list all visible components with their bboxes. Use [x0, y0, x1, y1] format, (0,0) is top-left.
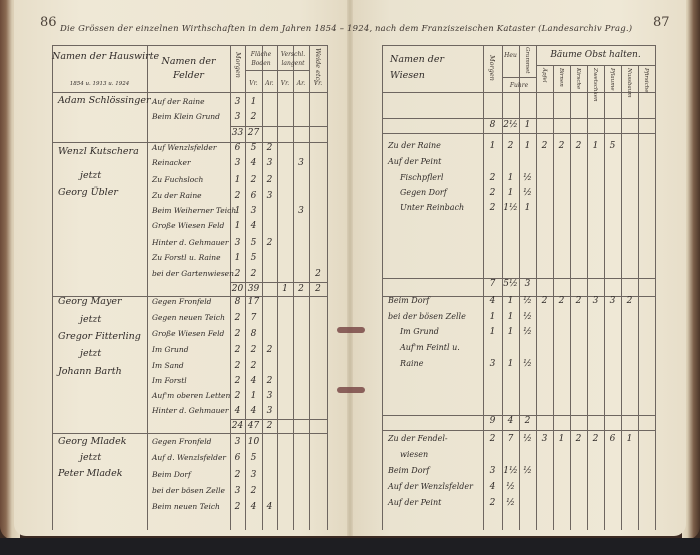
meadow-value: 2 — [502, 141, 519, 151]
field-value: 6 — [245, 191, 262, 201]
field-value: 3 — [230, 437, 245, 447]
meadow-value: 3 — [587, 296, 604, 306]
field-name: Auf'm oberen Letten — [152, 391, 230, 400]
owner-name: Gregor Fitterling — [58, 331, 141, 342]
meadow-name: Auf'm Feintl u. — [400, 343, 460, 352]
meadow-value: 2 — [570, 141, 587, 151]
tree-type-header: Pflaume — [609, 68, 615, 91]
owner-name: Adam Schlössinger — [58, 95, 151, 106]
subtotal-value: 7 — [483, 279, 502, 289]
field-name: Zu Fuchsloch — [152, 175, 203, 184]
field-value: 4 — [245, 502, 262, 512]
subtotal-value: 27 — [245, 128, 262, 138]
field-value: 2 — [230, 391, 245, 401]
verschl-ar-header: Ar. — [293, 80, 309, 87]
meadow-name: Im Grund — [400, 327, 439, 336]
meadows-column-header: Namen der Wiesen — [390, 52, 475, 84]
field-name: Hinter d. Gehmauer — [152, 406, 228, 415]
fuhre-subheader: Fuhre — [502, 82, 536, 89]
subtotal-value: 1 — [277, 284, 293, 294]
meadow-name: Beim Dorf — [388, 296, 429, 305]
verschl-group-header: Verschl. langent — [277, 50, 309, 68]
field-value: 3 — [230, 486, 245, 496]
area-vr-header: Vr. — [245, 80, 262, 87]
binding-stitch — [337, 387, 365, 393]
meadow-value: ½ — [519, 188, 536, 198]
group-separator-rule — [382, 430, 655, 431]
field-value: 3 — [262, 191, 277, 201]
field-value: 3 — [230, 238, 245, 248]
area-group-header: Fläche Boden — [245, 50, 277, 68]
area-ar-header: Ar. — [262, 80, 277, 87]
header-bottom-rule — [52, 92, 327, 93]
field-value: 1 — [245, 97, 262, 107]
field-value: 5 — [245, 253, 262, 263]
field-name: Reinacker — [152, 158, 191, 167]
meadow-name: Beim Dorf — [388, 466, 429, 475]
field-name: Im Sand — [152, 361, 184, 370]
meadow-value: 4 — [483, 296, 502, 306]
field-value: 2 — [230, 191, 245, 201]
field-value: 2 — [230, 470, 245, 480]
meadow-name: Auf der Peint — [388, 498, 441, 507]
field-value: 2 — [245, 175, 262, 185]
meadow-value: 2 — [483, 188, 502, 198]
subtotal-rule — [382, 118, 655, 119]
field-value: 4 — [245, 158, 262, 168]
column-rule — [147, 45, 148, 530]
field-name: Beim Dorf — [152, 470, 191, 479]
meadow-value: 5 — [604, 141, 621, 151]
field-value: 5 — [245, 238, 262, 248]
owners-years-subheader: 1854 u. 1913 u. 1924 — [52, 81, 147, 87]
meadow-name: Zu der Raine — [388, 141, 441, 150]
meadow-value: 1 — [502, 188, 519, 198]
field-value: 3 — [262, 391, 277, 401]
subtotal-rule — [230, 282, 327, 283]
meadow-value: ½ — [519, 296, 536, 306]
last-column-header: Weide etc. — [314, 48, 322, 82]
meadow-value: 4 — [483, 482, 502, 492]
field-value: 2 — [262, 345, 277, 355]
meadow-value: 7 — [502, 434, 519, 444]
field-value: 2 — [230, 329, 245, 339]
meadow-value: ½ — [502, 482, 519, 492]
field-value: 2 — [245, 486, 262, 496]
meadow-name: Zu der Fendel- — [388, 434, 448, 443]
subtotal-value: 3 — [519, 279, 536, 289]
field-value: 4 — [262, 502, 277, 512]
subtotal-rule — [230, 126, 327, 127]
tree-type-header: Kirsche — [575, 68, 581, 89]
meadow-value: ½ — [519, 359, 536, 369]
meadow-name: Raine — [400, 359, 423, 368]
subtotal-value: 39 — [245, 284, 262, 294]
meadow-value: 2 — [553, 296, 570, 306]
field-name: Auf der Raine — [152, 97, 205, 106]
column-rule — [638, 65, 639, 530]
meadow-value: ½ — [519, 173, 536, 183]
owner-separator-rule — [52, 433, 327, 434]
column-rule — [655, 45, 656, 530]
tree-type-header: Nussbaum — [626, 68, 632, 98]
field-value: 2 — [245, 345, 262, 355]
fields-column-header: Namen der Felder — [147, 55, 230, 83]
meadow-value: 1 — [483, 327, 502, 337]
owner-jetzt-label: jetzt — [80, 314, 101, 325]
book-background — [0, 538, 700, 555]
field-name: Gegen Fronfeld — [152, 437, 211, 446]
meadow-value: 2 — [483, 203, 502, 213]
field-value: 2 — [245, 112, 262, 122]
subtotal-value: 47 — [245, 421, 262, 431]
field-name: Zu Forstl u. Raine — [152, 253, 221, 262]
field-value: 4 — [245, 376, 262, 386]
meadow-value: 1 — [502, 327, 519, 337]
field-name: bei der bösen Zelle — [152, 486, 225, 495]
meadow-value: 1 — [587, 141, 604, 151]
field-value: 4 — [245, 221, 262, 231]
meadow-value: 1 — [502, 173, 519, 183]
field-name: Auf Wenzlsfelder — [152, 143, 216, 152]
field-name: Gegen neuen Teich — [152, 313, 225, 322]
subheader-rule — [245, 70, 309, 71]
meadow-value: 3 — [536, 434, 553, 444]
field-name: Beim Klein Grund — [152, 112, 220, 121]
meadow-name: Unter Reinbach — [400, 203, 464, 212]
field-value: 2 — [230, 345, 245, 355]
meadow-value: 1 — [483, 312, 502, 322]
meadow-value: 2 — [536, 296, 553, 306]
field-value: 1 — [230, 175, 245, 185]
meadow-value: 1 — [519, 141, 536, 151]
field-value: 5 — [245, 143, 262, 153]
owner-name: Wenzl Kutschera — [58, 146, 139, 157]
subtotal-value: 2 — [519, 416, 536, 426]
meadow-value: 1½ — [502, 203, 519, 213]
subtotal-value: 5½ — [502, 279, 519, 289]
field-value: 8 — [245, 329, 262, 339]
subtotal-value: 33 — [230, 128, 245, 138]
verschl-vr-header: Vr. — [277, 80, 293, 87]
subtotal-value: 2 — [293, 284, 309, 294]
left-page-number: 86 — [40, 15, 57, 30]
meadow-value: 1½ — [502, 466, 519, 476]
heu-column-header: Heu — [502, 52, 519, 59]
column-rule — [52, 45, 53, 530]
field-value: 1 — [230, 253, 245, 263]
field-value: 3 — [262, 158, 277, 168]
meadow-value: 2 — [587, 434, 604, 444]
field-name: Große Wiesen Feld — [152, 329, 224, 338]
field-value: 6 — [230, 453, 245, 463]
meadow-value: 2 — [621, 296, 638, 306]
field-value: 3 — [293, 206, 309, 216]
field-name: Große Wiesen Feld — [152, 221, 224, 230]
meadow-name: Gegen Dorf — [400, 188, 447, 197]
group-separator-rule — [382, 133, 655, 134]
owner-jetzt-label: jetzt — [80, 452, 101, 463]
owner-name: Georg Mladek — [58, 436, 126, 447]
field-name: Beim neuen Teich — [152, 502, 220, 511]
trees-group-header: Bäume Obst halten. — [536, 50, 655, 60]
field-value: 2 — [230, 313, 245, 323]
field-value: 5 — [245, 453, 262, 463]
subtotal-value: 2 — [309, 284, 327, 294]
meadow-value: 1 — [621, 434, 638, 444]
morgen-column-header: Morgen — [234, 52, 242, 78]
field-value: 1 — [230, 221, 245, 231]
meadow-value: 6 — [604, 434, 621, 444]
meadow-value: ½ — [519, 466, 536, 476]
meadow-value: 1 — [519, 203, 536, 213]
subtotal-value: 2 — [262, 421, 277, 431]
column-rule — [262, 45, 263, 530]
meadow-value: 1 — [502, 296, 519, 306]
meadow-value: ½ — [519, 434, 536, 444]
field-name: Im Grund — [152, 345, 189, 354]
field-value: 2 — [309, 269, 327, 279]
tree-type-header: Äpfel — [541, 68, 547, 83]
field-value: 3 — [262, 406, 277, 416]
meadow-value: 2 — [553, 141, 570, 151]
meadow-name: bei der bösen Zelle — [388, 312, 466, 321]
subtotal-value: 4 — [502, 416, 519, 426]
field-name: Gegen Fronfeld — [152, 297, 211, 306]
fuhre-subheader-rule — [502, 77, 536, 78]
meadow-value: 3 — [604, 296, 621, 306]
meadow-value: 2 — [570, 434, 587, 444]
owner-name: Johann Barth — [58, 366, 122, 377]
table-top-rule — [52, 45, 327, 46]
meadow-value: 3 — [483, 359, 502, 369]
meadow-value: ½ — [519, 327, 536, 337]
field-value: 3 — [245, 470, 262, 480]
field-value: 3 — [245, 206, 262, 216]
meadow-value: 2 — [483, 498, 502, 508]
meadow-value: 3 — [483, 466, 502, 476]
field-value: 2 — [262, 143, 277, 153]
left-page-title: Die Grössen der einzelnen Wirthschaften … — [60, 24, 372, 34]
field-name: Hinter d. Gehmauer — [152, 238, 228, 247]
field-value: 6 — [230, 143, 245, 153]
owner-jetzt-label: jetzt — [80, 170, 101, 181]
meadow-value: 2 — [570, 296, 587, 306]
subtotal-value: 9 — [483, 416, 502, 426]
field-name: Im Forstl — [152, 376, 187, 385]
field-value: 4 — [230, 406, 245, 416]
meadow-value: 1 — [553, 434, 570, 444]
field-value: 3 — [230, 97, 245, 107]
meadow-name: Fischpflerl — [400, 173, 443, 182]
meadow-value: 1 — [502, 312, 519, 322]
last-column-subheader: Vr. — [309, 80, 327, 87]
field-value: 2 — [262, 175, 277, 185]
morgen-column-header: Morgen — [488, 55, 496, 81]
book-spine — [347, 0, 353, 536]
meadow-value: ½ — [502, 498, 519, 508]
field-value: 2 — [230, 269, 245, 279]
field-value: 10 — [245, 437, 262, 447]
subtotal-value: 1 — [519, 120, 536, 130]
tree-type-header: Zwetschken — [592, 68, 598, 102]
field-name: bei der Gartenwiesen — [152, 269, 234, 278]
subtotal-value: 2½ — [502, 120, 519, 130]
field-value: 2 — [230, 502, 245, 512]
subtotal-rule — [230, 419, 327, 420]
meadow-value: 2 — [536, 141, 553, 151]
meadow-value: 2 — [483, 434, 502, 444]
binding-stitch — [337, 327, 365, 333]
tree-type-header: Birnen — [558, 68, 564, 87]
field-value: 7 — [245, 313, 262, 323]
meadow-name: Auf der Peint — [388, 157, 441, 166]
field-value: 4 — [245, 406, 262, 416]
field-value: 2 — [230, 361, 245, 371]
right-page-title: nach dem Franziszeischen Kataster (Lande… — [375, 24, 632, 34]
field-value: 2 — [262, 376, 277, 386]
trees-subheader-rule — [536, 65, 655, 66]
field-value: 3 — [230, 158, 245, 168]
field-value: 2 — [262, 238, 277, 248]
column-rule — [327, 45, 328, 530]
meadow-name: Auf der Wenzlsfelder — [388, 482, 473, 491]
field-value: 1 — [230, 206, 245, 216]
field-name: Beim Weiherner Teich — [152, 206, 236, 215]
field-name: Auf d. Wenzlsfelder — [152, 453, 226, 462]
right-page-number: 87 — [653, 15, 670, 30]
field-value: 3 — [230, 112, 245, 122]
meadow-value: ½ — [519, 312, 536, 322]
field-value: 2 — [245, 361, 262, 371]
owner-name: Peter Mladek — [58, 468, 122, 479]
subtotal-value: 24 — [230, 421, 245, 431]
field-value: 1 — [245, 391, 262, 401]
meadow-value: 1 — [483, 141, 502, 151]
field-value: 2 — [230, 376, 245, 386]
owner-name: Georg Übler — [58, 187, 118, 198]
meadow-name: wiesen — [400, 450, 428, 459]
owners-column-header: Namen der Hauswirte — [52, 50, 147, 64]
meadow-value: 1 — [502, 359, 519, 369]
grummet-column-header: Grummet — [524, 47, 530, 73]
subtotal-value: 20 — [230, 284, 245, 294]
field-value: 17 — [245, 297, 262, 307]
owner-jetzt-label: jetzt — [80, 348, 101, 359]
tree-type-header: Pfirsiche — [643, 68, 649, 92]
owner-name: Georg Mayer — [58, 296, 122, 307]
field-name: Zu der Raine — [152, 191, 202, 200]
meadow-value: 2 — [483, 173, 502, 183]
field-value: 8 — [230, 297, 245, 307]
subtotal-value: 8 — [483, 120, 502, 130]
field-value: 3 — [293, 158, 309, 168]
field-value: 2 — [245, 269, 262, 279]
